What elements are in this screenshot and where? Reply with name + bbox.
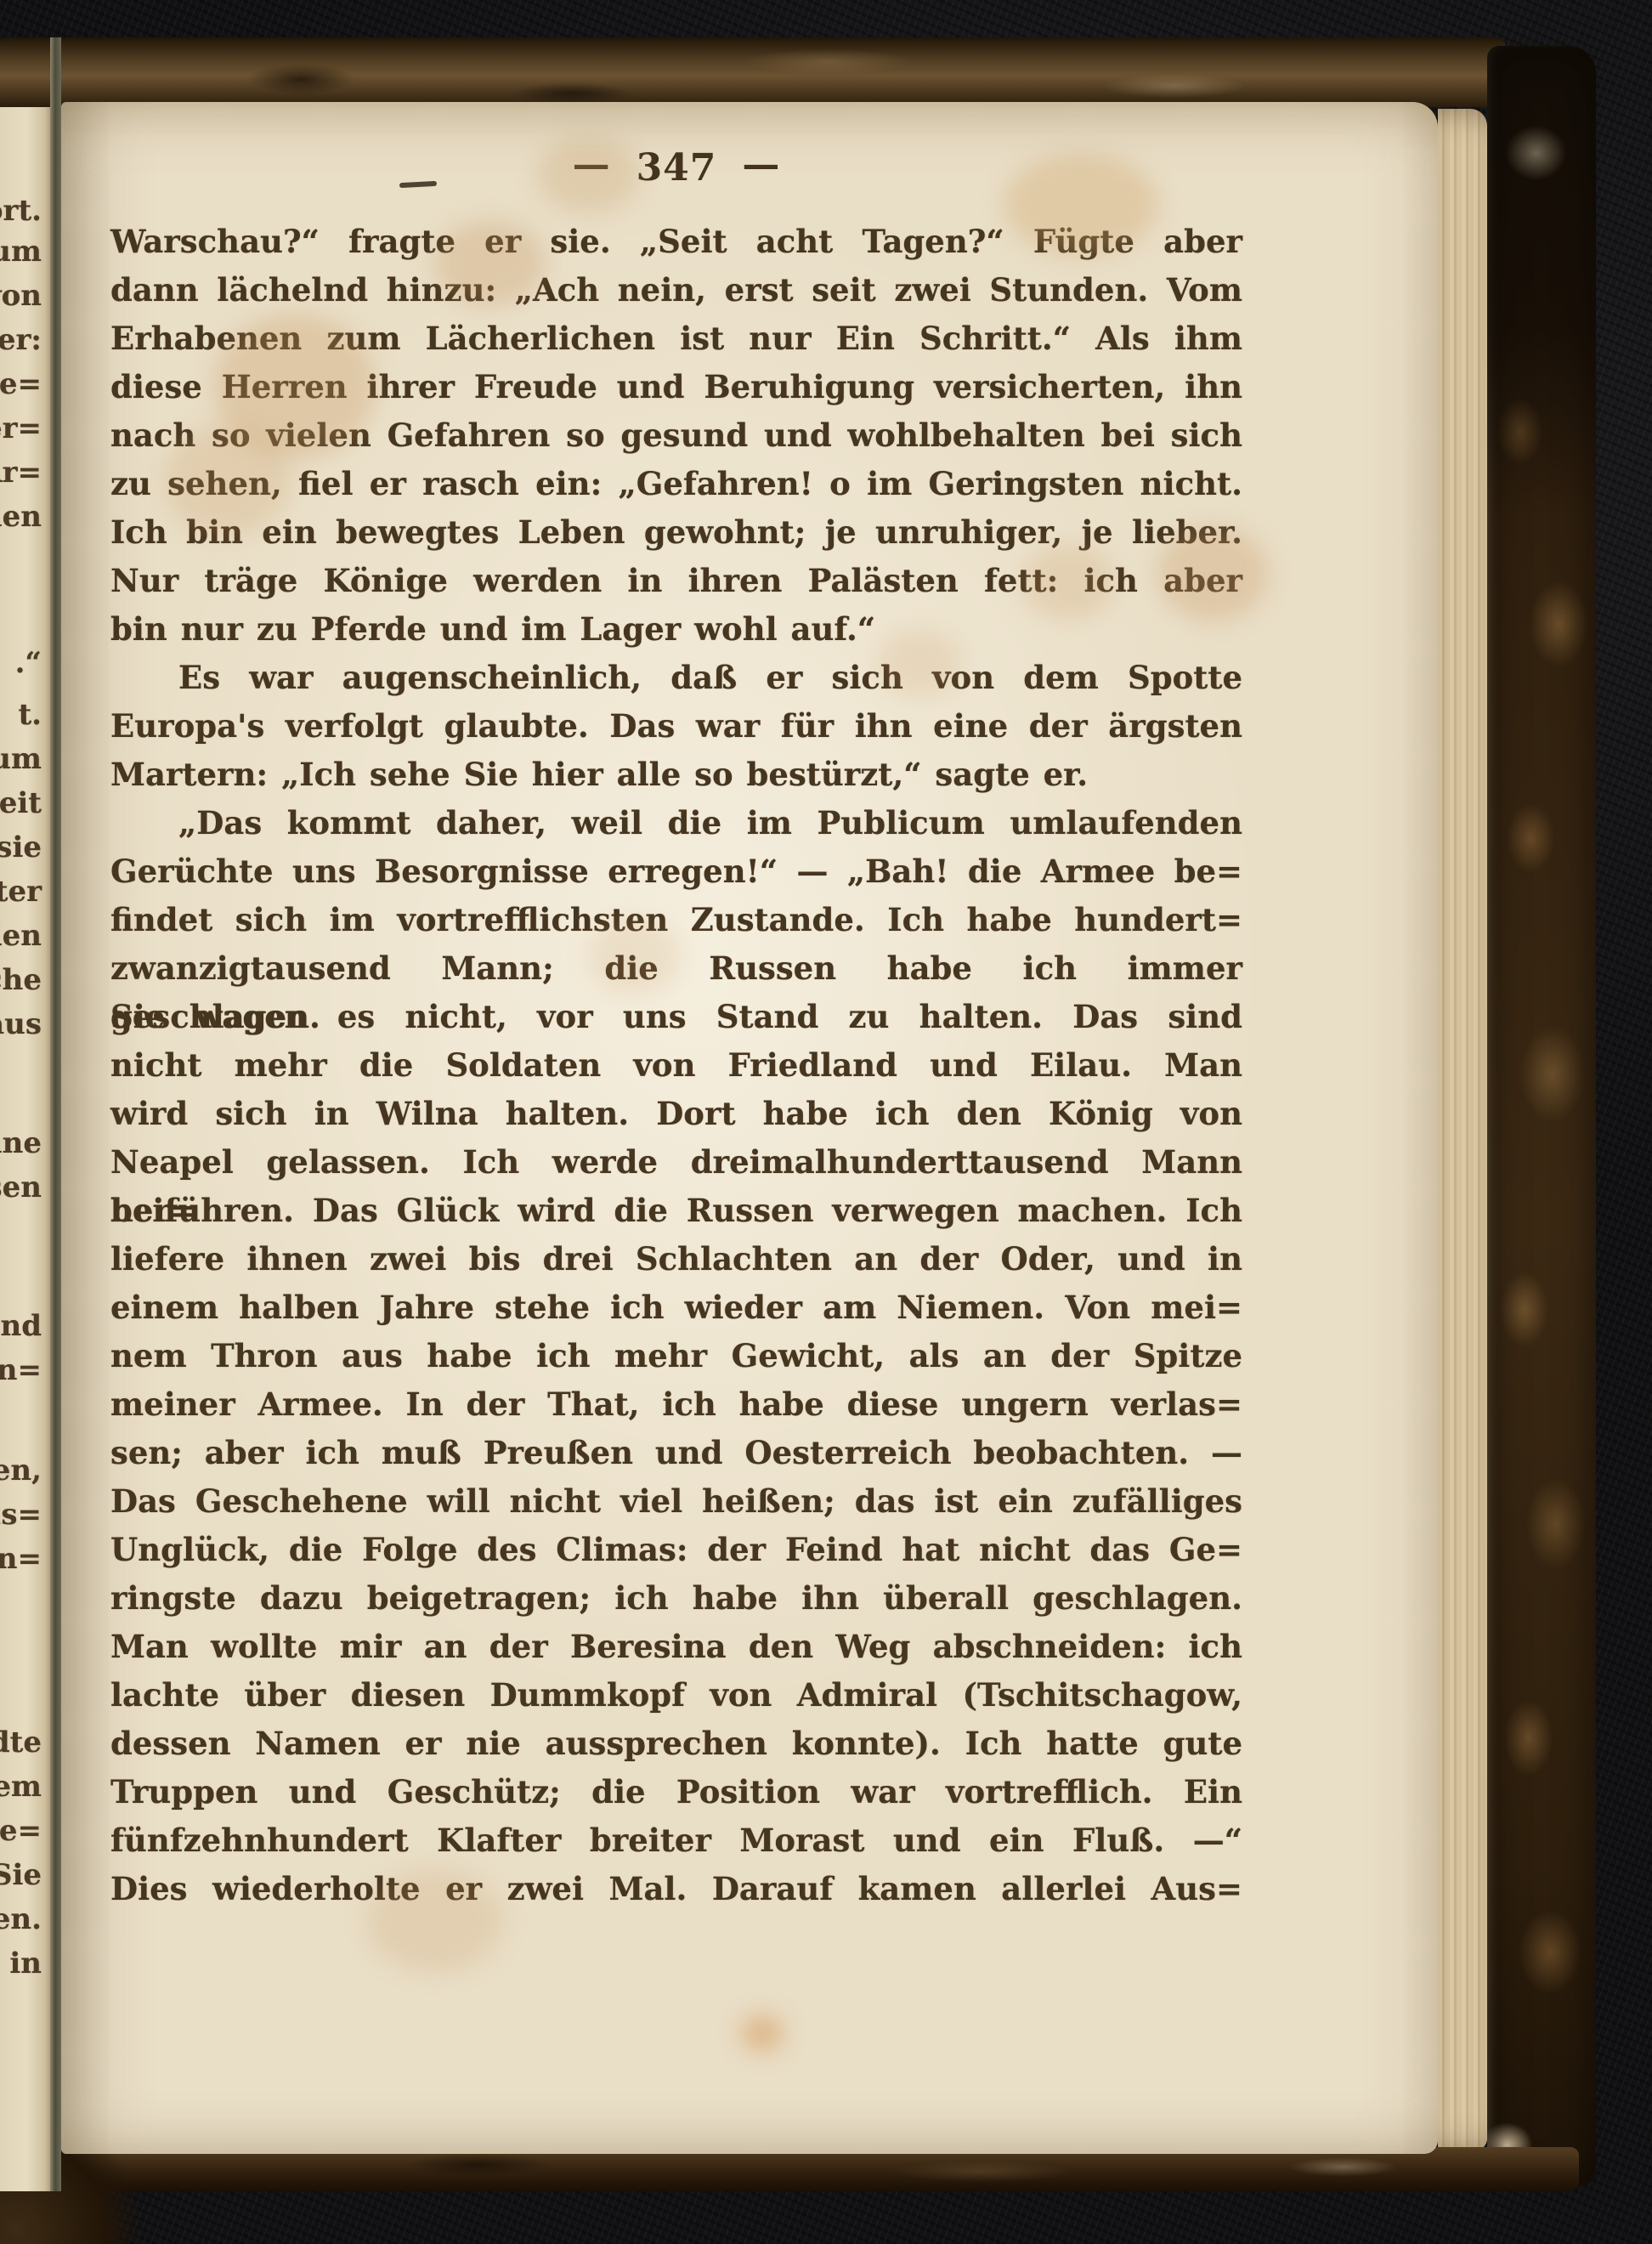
text-line: Martern: „Ich sehe Sie hier alle so best… xyxy=(110,751,1242,799)
facing-page-text-fragment: Ar= xyxy=(0,455,42,490)
text-line: bin nur zu Pferde und im Lager wohl auf.… xyxy=(110,605,1242,654)
facing-page-text-fragment: Ver= xyxy=(0,411,42,446)
facing-page-text-fragment: er: xyxy=(0,322,42,358)
text-line: wird sich in Wilna halten. Dort habe ich… xyxy=(110,1090,1242,1138)
text-line: nach so vielen Gefahren so gesund und wo… xyxy=(110,411,1242,460)
facing-page-text-fragment: ge= xyxy=(0,366,42,402)
facing-page-text-fragment: an= xyxy=(0,1352,42,1388)
facing-page-text-fragment: ten, xyxy=(0,1453,42,1488)
facing-page-text-fragment: gkeit xyxy=(0,785,42,821)
facing-page-text-fragment: vort. xyxy=(0,193,42,229)
text-line: Sie wagen es nicht, vor uns Stand zu hal… xyxy=(110,993,1242,1041)
text-line: Ich bin ein bewegtes Leben gewohnt; je u… xyxy=(110,508,1242,557)
header-left-dash: — xyxy=(573,143,611,186)
facing-page-text-fragment: pre= xyxy=(0,1813,42,1849)
book-top-edge xyxy=(0,37,1506,107)
facing-page-text-fragment: ister xyxy=(0,874,42,909)
text-line: lachte über diesen Dummkopf von Admiral … xyxy=(110,1671,1242,1720)
facing-page-text-fragment: ische xyxy=(0,962,42,998)
text-line: zwanzigtausend Mann; die Russen habe ich… xyxy=(110,944,1242,993)
facing-page-text-fragment: in xyxy=(9,1946,42,1981)
text-line: Man wollte mir an der Beresina den Weg a… xyxy=(110,1623,1242,1671)
text-line: sen; aber ich muß Preußen und Oesterreic… xyxy=(110,1429,1242,1477)
page-edge-stack xyxy=(1438,109,1487,2150)
facing-page-text-fragment: von xyxy=(0,278,42,314)
facing-page-text-fragment: eine xyxy=(0,1125,42,1161)
text-line: zu sehen, fiel er rasch ein: „Gefahren! … xyxy=(110,460,1242,508)
text-line: Es war augenscheinlich, daß er sich von … xyxy=(110,654,1242,702)
text-line: Erhabenen zum Lächerlichen ist nur Ein S… xyxy=(110,314,1242,363)
facing-page-text-fragment: us= xyxy=(0,1497,42,1533)
facing-page-text-fragment: .“ xyxy=(15,645,42,681)
text-line: Neapel gelassen. Ich werde dreimalhunder… xyxy=(110,1138,1242,1187)
facing-page-text-fragment: chen xyxy=(0,499,42,535)
facing-page-strip: vort.humvoner:ge=Ver=Ar=chen.“t.rumgkeit… xyxy=(0,107,53,2191)
page-number: 347 xyxy=(636,146,717,190)
text-line: Gerüchte uns Besorgnisse erregen!“ — „Ba… xyxy=(110,847,1242,896)
text-line: Warschau?“ fragte er sie. „Seit acht Tag… xyxy=(110,218,1242,266)
text-line: findet sich im vortrefflichsten Zustande… xyxy=(110,896,1242,944)
marbled-cover-board xyxy=(1487,46,1596,2188)
text-line: beiführen. Das Glück wird die Russen ver… xyxy=(110,1187,1242,1235)
text-line: meiner Armee. In der That, ich habe dies… xyxy=(110,1380,1242,1429)
text-line: nicht mehr die Soldaten von Friedland un… xyxy=(110,1041,1242,1090)
text-block: Warschau?“ fragte er sie. „Seit acht Tag… xyxy=(110,218,1242,1913)
facing-page-text-fragment: dem xyxy=(0,1769,42,1805)
facing-page-text-fragment: t. xyxy=(18,697,42,733)
gutter-shadow xyxy=(50,37,61,2191)
facing-page-text-fragment: fin= xyxy=(0,1541,42,1577)
text-line: Truppen und Geschütz; die Position war v… xyxy=(110,1768,1242,1816)
facing-page-text-fragment: aus xyxy=(0,1006,42,1042)
text-line: Europa's verfolgt glaubte. Das war für i… xyxy=(110,702,1242,751)
text-line: Nur träge Könige werden in ihren Paläste… xyxy=(110,557,1242,605)
facing-page-text-fragment: sie xyxy=(0,830,42,865)
header-right-dash: — xyxy=(742,143,780,186)
text-line: Dies wiederholte er zwei Mal. Darauf kam… xyxy=(110,1865,1242,1913)
facing-page-text-fragment: rum xyxy=(0,741,42,777)
facing-page-text-fragment: fen. xyxy=(0,1901,42,1937)
text-line: ringste dazu beigetragen; ich habe ihn ü… xyxy=(110,1574,1242,1623)
book-page: —347— Warschau?“ fragte er sie. „Seit ac… xyxy=(61,102,1438,2154)
facing-page-text-fragment: ssen xyxy=(0,1170,42,1205)
text-line: dann lächelnd hinzu: „Ach nein, erst sei… xyxy=(110,266,1242,314)
facing-page-text-fragment: hum xyxy=(0,234,42,269)
facing-page-text-fragment: und xyxy=(0,1308,42,1344)
facing-page-text-fragment: dte xyxy=(0,1725,42,1760)
facing-page-text-fragment: eden xyxy=(0,918,42,954)
text-line: dessen Namen er nie aussprechen konnte).… xyxy=(110,1720,1242,1768)
foxing-stain xyxy=(741,2014,784,2052)
page-header: —347— xyxy=(110,146,1242,190)
facing-page-text-fragment: Sie xyxy=(0,1857,42,1893)
text-line: Das Geschehene will nicht viel heißen; d… xyxy=(110,1477,1242,1526)
text-line: nem Thron aus habe ich mehr Gewicht, als… xyxy=(110,1332,1242,1380)
text-line: „Das kommt daher, weil die im Publicum u… xyxy=(110,799,1242,847)
text-line: Unglück, die Folge des Climas: der Feind… xyxy=(110,1526,1242,1574)
text-line: diese Herren ihrer Freude und Beruhigung… xyxy=(110,363,1242,411)
book-photo-scene: vort.humvoner:ge=Ver=Ar=chen.“t.rumgkeit… xyxy=(0,0,1652,2244)
text-line: einem halben Jahre stehe ich wieder am N… xyxy=(110,1283,1242,1332)
text-line: fünfzehnhundert Klafter breiter Morast u… xyxy=(110,1816,1242,1865)
text-line: liefere ihnen zwei bis drei Schlachten a… xyxy=(110,1235,1242,1283)
